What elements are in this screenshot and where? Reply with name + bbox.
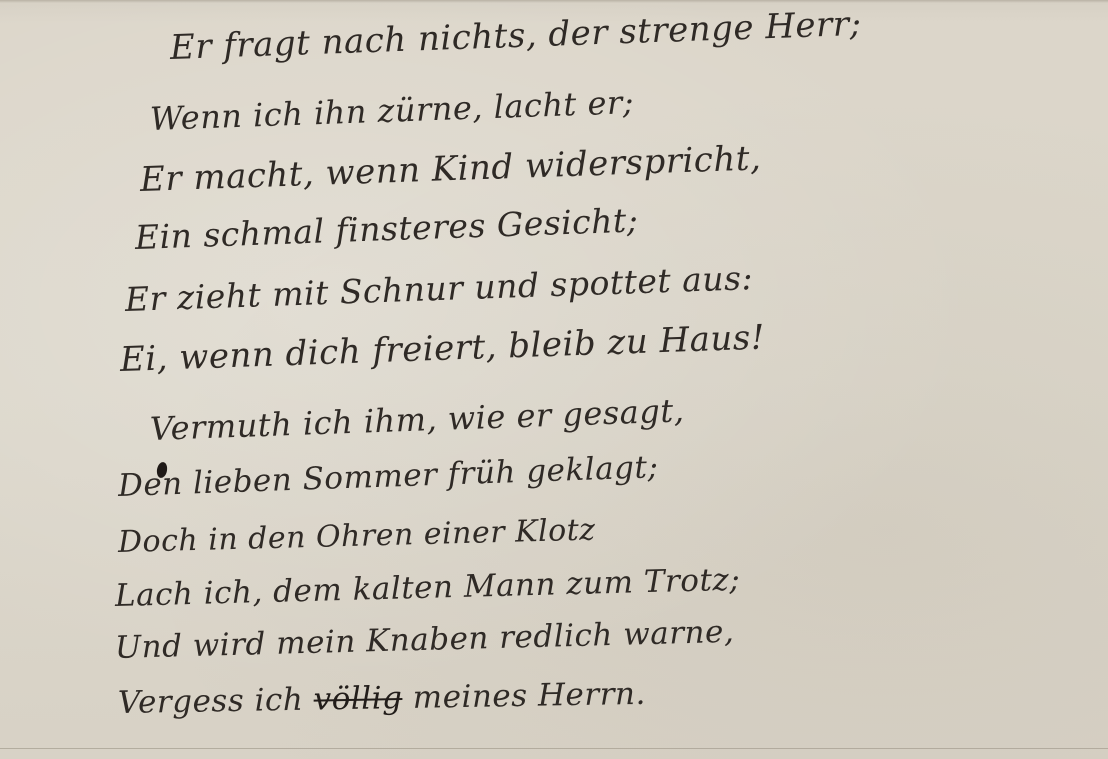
poem-line-12-start: Vergess ich (118, 682, 304, 721)
struck-word: völlig (313, 680, 402, 718)
poem-line-5: Er zieht mit Schnur und spottet aus: (124, 258, 753, 319)
poem-line-10: Lach ich, dem kalten Mann zum Trotz; (115, 562, 741, 614)
poem-line-11: Und wird mein Knaben redlich warne, (115, 614, 735, 666)
poem-line-12: Vergess ich völlig meines Herrn. (118, 676, 646, 721)
poem-line-8: Den lieben Sommer früh geklagt; (117, 449, 659, 504)
poem-line-6: Ei, wenn dich freiert, bleib zu Haus! (119, 317, 765, 379)
poem-line-3: Er macht, wenn Kind widerspricht, (139, 138, 762, 200)
poem-line-4: Ein schmal finsteres Gesicht; (134, 200, 639, 257)
poem-line-9: Doch in den Ohren einer Klotz (118, 513, 596, 560)
poem-line-12-end: meines Herrn. (412, 676, 646, 716)
poem-line-7: Vermuth ich ihm, wie er gesagt, (149, 391, 685, 448)
poem-line-1: Er fragt nach nichts, der strenge Herr; (169, 4, 862, 68)
page-bottom-rule (0, 748, 1108, 749)
poem-line-2: Wenn ich ihn zürne, lacht er; (149, 83, 634, 138)
page-top-edge (0, 0, 1108, 3)
manuscript-page: Er fragt nach nichts, der strenge Herr; … (0, 0, 1108, 759)
